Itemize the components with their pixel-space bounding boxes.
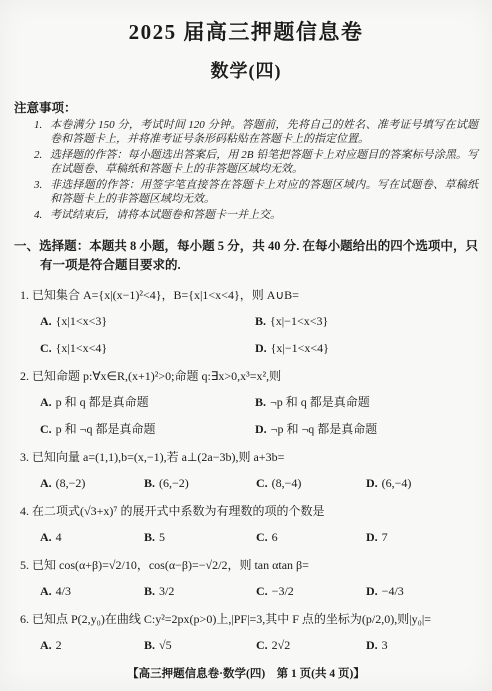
notice-item: 2. 选择题的作答：每小题选出答案后，用 2B 铅笔把答题卡上对应题目的答案标号… [34,148,478,176]
option-text: 3 [382,638,388,652]
option-label: D. [366,476,378,490]
option-text: {x|1<x<4} [56,341,107,355]
option-c: C.(8,−4) [256,475,366,491]
notice-item-text: 本卷满分 150 分，考试时间 120 分钟。答题前，先将自己的姓名、准考证号填… [50,118,478,146]
option-label: D. [366,584,378,598]
option-label: C. [256,638,268,652]
option-text: (8,−4) [272,476,302,490]
exam-title: 2025 届高三押题信息卷 [14,16,478,46]
option-text: 4 [56,530,62,544]
option-b: B.3/2 [144,583,256,599]
notice-item-number: 1. [34,118,50,146]
option-a: A.2 [40,637,144,653]
question-stem: 5.已知 cos(α+β)=√2/10，cos(α−β)=−√2/2，则 tan… [20,557,478,573]
exam-paper-page: 2025 届高三押题信息卷 数学(四) 注意事项： 1. 本卷满分 150 分，… [0,0,492,691]
option-text: ¬p 和 q 都是真命题 [270,395,370,409]
question-5: 5.已知 cos(α+β)=√2/10，cos(α−β)=−√2/2，则 tan… [20,557,478,599]
question-stem-text: 已知命题 p:∀x∈R,(x+1)²>0;命题 q:∃x>0,x³=x²,则 [32,369,281,383]
option-label: D. [366,638,378,652]
option-a: A.4 [40,529,144,545]
option-label: C. [256,584,268,598]
option-text: −4/3 [382,584,404,598]
question-number: 5. [20,558,29,572]
question-stem: 2.已知命题 p:∀x∈R,(x+1)²>0;命题 q:∃x>0,x³=x²,则 [20,368,478,384]
option-c: C.2√2 [256,637,366,653]
notice-items: 1. 本卷满分 150 分，考试时间 120 分钟。答题前，先将自己的姓名、准考… [34,118,478,222]
option-text: 7 [382,530,388,544]
option-label: B. [144,584,155,598]
option-a: A.p 和 q 都是真命题 [40,394,255,410]
question-options: A.(8,−2) B.(6,−2) C.(8,−4) D.(6,−4) [40,475,478,491]
option-b: B.{x|−1<x<3} [255,313,478,329]
notice-section: 注意事项： 1. 本卷满分 150 分，考试时间 120 分钟。答题前，先将自己… [14,98,478,222]
question-number: 4. [20,504,29,518]
question-options: A.2 B.√5 C.2√2 D.3 [40,637,478,653]
question-stem: 4.在二项式(√3+x)⁷ 的展开式中系数为有理数的项的个数是 [20,503,478,519]
option-text: {x|1<x<3} [56,314,107,328]
option-text: 3/2 [159,584,174,598]
option-d: D.¬p 和 ¬q 都是真命题 [255,421,478,437]
option-a: A.{x|1<x<3} [40,313,255,329]
option-b: B.5 [144,529,256,545]
question-2: 2.已知命题 p:∀x∈R,(x+1)²>0;命题 q:∃x>0,x³=x²,则… [20,368,478,437]
option-label: A. [40,476,52,490]
option-text: (6,−4) [382,476,412,490]
option-d: D.3 [366,637,478,653]
option-label: C. [40,422,52,436]
notice-item-number: 2. [34,148,50,176]
option-text: p 和 ¬q 都是真命题 [56,422,156,436]
question-1: 1.已知集合 A={x|(x−1)²<4}，B={x|1<x<4}，则 A∪B=… [20,287,478,356]
question-stem: 3.已知向量 a=(1,1),b=(x,−1),若 a⊥(2a−3b),则 a+… [20,449,478,465]
option-text: 2 [56,638,62,652]
option-c: C.−3/2 [256,583,366,599]
option-text: √5 [159,638,172,652]
option-label: B. [144,476,155,490]
option-b: B.(6,−2) [144,475,256,491]
question-stem-text: 在二项式(√3+x)⁷ 的展开式中系数为有理数的项的个数是 [32,504,325,518]
question-number: 6. [20,612,29,626]
question-stem-text: 已知 cos(α+β)=√2/10，cos(α−β)=−√2/2，则 tan α… [32,558,309,572]
section-heading-choice-questions: 一、选择题：本题共 8 小题，每小题 5 分，共 40 分. 在每小题给出的四个… [14,237,478,275]
question-options: A.p 和 q 都是真命题 B.¬p 和 q 都是真命题 C.p 和 ¬q 都是… [40,394,478,437]
option-text: {x|−1<x<3} [270,314,328,328]
option-label: B. [144,530,155,544]
question-stem: 1.已知集合 A={x|(x−1)²<4}，B={x|1<x<4}，则 A∪B= [20,287,478,303]
option-text: −3/2 [272,584,294,598]
option-d: D.{x|−1<x<4} [255,340,478,356]
option-text: p 和 q 都是真命题 [56,395,149,409]
notice-item-text: 选择题的作答：每小题选出答案后，用 2B 铅笔把答题卡上对应题目的答案标号涂黑。… [50,148,478,176]
option-label: D. [366,530,378,544]
notice-item-text: 非选择题的作答：用签字笔直接答在答题卡上对应的答题区域内。写在试题卷、草稿纸和答… [50,178,478,206]
question-stem-text: 已知点 P(2,y₀)在曲线 C:y²=2px(p>0)上,|PF|=3,其中 … [32,612,431,626]
option-c: C.{x|1<x<4} [40,340,255,356]
option-d: D.(6,−4) [366,475,478,491]
question-stem-text: 已知向量 a=(1,1),b=(x,−1),若 a⊥(2a−3b),则 a+3b… [32,450,284,464]
option-c: C.6 [256,529,366,545]
question-number: 2. [20,369,29,383]
notice-heading: 注意事项： [14,98,478,116]
option-text: {x|−1<x<4} [271,341,329,355]
option-label: C. [40,341,52,355]
option-a: A.(8,−2) [40,475,144,491]
question-4: 4.在二项式(√3+x)⁷ 的展开式中系数为有理数的项的个数是 A.4 B.5 … [20,503,478,545]
option-text: (8,−2) [56,476,86,490]
option-text: 6 [272,530,278,544]
option-label: A. [40,314,52,328]
option-text: ¬p 和 ¬q 都是真命题 [271,422,378,436]
question-options: A.4 B.5 C.6 D.7 [40,529,478,545]
notice-item: 1. 本卷满分 150 分，考试时间 120 分钟。答题前，先将自己的姓名、准考… [34,118,478,146]
notice-item-number: 4. [34,208,50,222]
question-options: A.{x|1<x<3} B.{x|−1<x<3} C.{x|1<x<4} D.{… [40,313,478,356]
option-b: B.¬p 和 q 都是真命题 [255,394,478,410]
question-stem: 6.已知点 P(2,y₀)在曲线 C:y²=2px(p>0)上,|PF|=3,其… [20,611,478,627]
option-label: C. [256,476,268,490]
question-3: 3.已知向量 a=(1,1),b=(x,−1),若 a⊥(2a−3b),则 a+… [20,449,478,491]
option-label: B. [144,638,155,652]
option-c: C.p 和 ¬q 都是真命题 [40,421,255,437]
option-a: A.4/3 [40,583,144,599]
exam-subtitle: 数学(四) [14,57,478,83]
option-d: D.−4/3 [366,583,478,599]
option-label: B. [255,314,266,328]
option-text: 4/3 [56,584,71,598]
option-text: 5 [159,530,165,544]
question-options: A.4/3 B.3/2 C.−3/2 D.−4/3 [40,583,478,599]
notice-item: 4. 考试结束后，请将本试题卷和答题卡一并上交。 [34,208,478,222]
option-label: A. [40,638,52,652]
question-stem-text: 已知集合 A={x|(x−1)²<4}，B={x|1<x<4}，则 A∪B= [32,288,299,302]
option-label: B. [255,395,266,409]
option-label: A. [40,584,52,598]
page-footer: 【高三押题信息卷·数学(四) 第 1 页(共 4 页)】 [0,665,492,681]
option-label: D. [255,422,267,436]
question-number: 1. [20,288,29,302]
option-label: A. [40,395,52,409]
option-label: A. [40,530,52,544]
option-label: D. [255,341,267,355]
notice-item-number: 3. [34,178,50,206]
option-text: (6,−2) [159,476,189,490]
option-b: B.√5 [144,637,256,653]
option-d: D.7 [366,529,478,545]
notice-item-text: 考试结束后，请将本试题卷和答题卡一并上交。 [50,208,478,222]
option-label: C. [256,530,268,544]
notice-item: 3. 非选择题的作答：用签字笔直接答在答题卡上对应的答题区域内。写在试题卷、草稿… [34,178,478,206]
question-6: 6.已知点 P(2,y₀)在曲线 C:y²=2px(p>0)上,|PF|=3,其… [20,611,478,653]
question-number: 3. [20,450,29,464]
option-text: 2√2 [272,638,291,652]
